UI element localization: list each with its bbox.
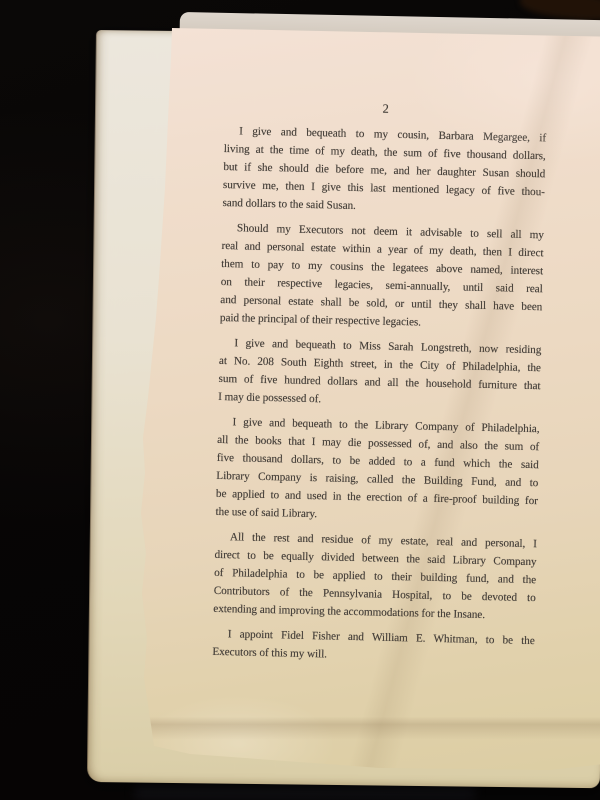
paragraph: Should my Executors not deem it advisabl… bbox=[220, 219, 544, 334]
paragraph: I give and bequeath to Miss Sarah Longst… bbox=[218, 334, 542, 413]
background-shadow-band bbox=[135, 784, 475, 800]
paragraph: All the rest and residue of my estate, r… bbox=[213, 528, 537, 625]
page-number: 2 bbox=[225, 96, 547, 122]
paragraph: I give and bequeath to my cousin, Barbar… bbox=[222, 122, 546, 219]
page-text: 2 I give and bequeath to my cousin, Barb… bbox=[212, 96, 547, 668]
paragraph: I give and bequeath to the Library Compa… bbox=[215, 413, 539, 528]
paragraph: I appoint Fidel Fisher and William E. Wh… bbox=[212, 625, 535, 668]
photographed-document: 2 I give and bequeath to my cousin, Barb… bbox=[0, 0, 600, 800]
document-page: 2 I give and bequeath to my cousin, Barb… bbox=[130, 18, 600, 790]
